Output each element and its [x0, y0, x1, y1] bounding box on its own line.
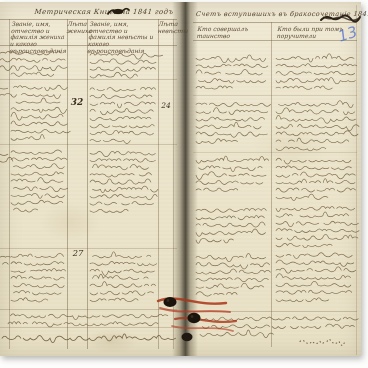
handwriting-block: [11, 49, 67, 83]
handwriting-block: [0, 84, 11, 104]
column-header-groom-age: Лѣта жениха: [66, 22, 86, 35]
grid-vline: [271, 22, 272, 347]
handwriting-block: [0, 150, 11, 170]
handwriting-block: [11, 148, 67, 219]
record-number: 32: [68, 98, 86, 108]
column-header-bride-age: Лѣта невѣсты: [157, 22, 174, 35]
handwriting-block: [196, 206, 269, 249]
column-header-officiant: Кто совершалъ таинство: [196, 27, 269, 40]
seal-ribbon-group: [130, 285, 250, 349]
handwriting-block: [90, 85, 159, 150]
handwriting-block: [0, 49, 11, 76]
column-header-bride: Званіе, имя, отчество и фамилія невѣсты …: [88, 22, 157, 44]
grid-vline: [67, 19, 68, 349]
paper-spread: Метрическая Книга на 1841 годъ Счетъ вст…: [0, 2, 361, 356]
handwriting-block: [11, 83, 67, 148]
handwriting-block: [0, 253, 11, 273]
grid-vline: [87, 19, 88, 349]
scribble-strikethrough: [320, 12, 362, 24]
handwriting-block: [196, 156, 269, 199]
scanned-document: Метрическая Книга на 1841 годъ Счетъ вст…: [0, 0, 368, 368]
age-value: 24: [159, 101, 173, 110]
ink-blot: [106, 5, 130, 18]
handwriting-block: [90, 51, 159, 85]
handwriting-block: [90, 149, 159, 220]
handwriting-block: [276, 156, 358, 207]
handwriting-block: [276, 251, 358, 309]
handwriting-block: [276, 54, 358, 97]
handwriting-block: [300, 339, 355, 349]
folio-annotation: 13: [336, 20, 366, 45]
handwriting-block: [196, 100, 269, 151]
grid-hline: [0, 248, 177, 249]
left-page-title: Метрическая Книга на 1841 годъ: [34, 8, 175, 16]
grid-hline: [0, 19, 177, 20]
column-header-groom: Званіе, имя, отчество и фамилія жениха и…: [10, 22, 66, 44]
handwriting-block: [196, 54, 269, 97]
handwriting-block: [276, 100, 358, 158]
handwriting-block: [11, 252, 67, 310]
record-number: 27: [69, 249, 87, 259]
handwriting-block: [276, 204, 358, 255]
